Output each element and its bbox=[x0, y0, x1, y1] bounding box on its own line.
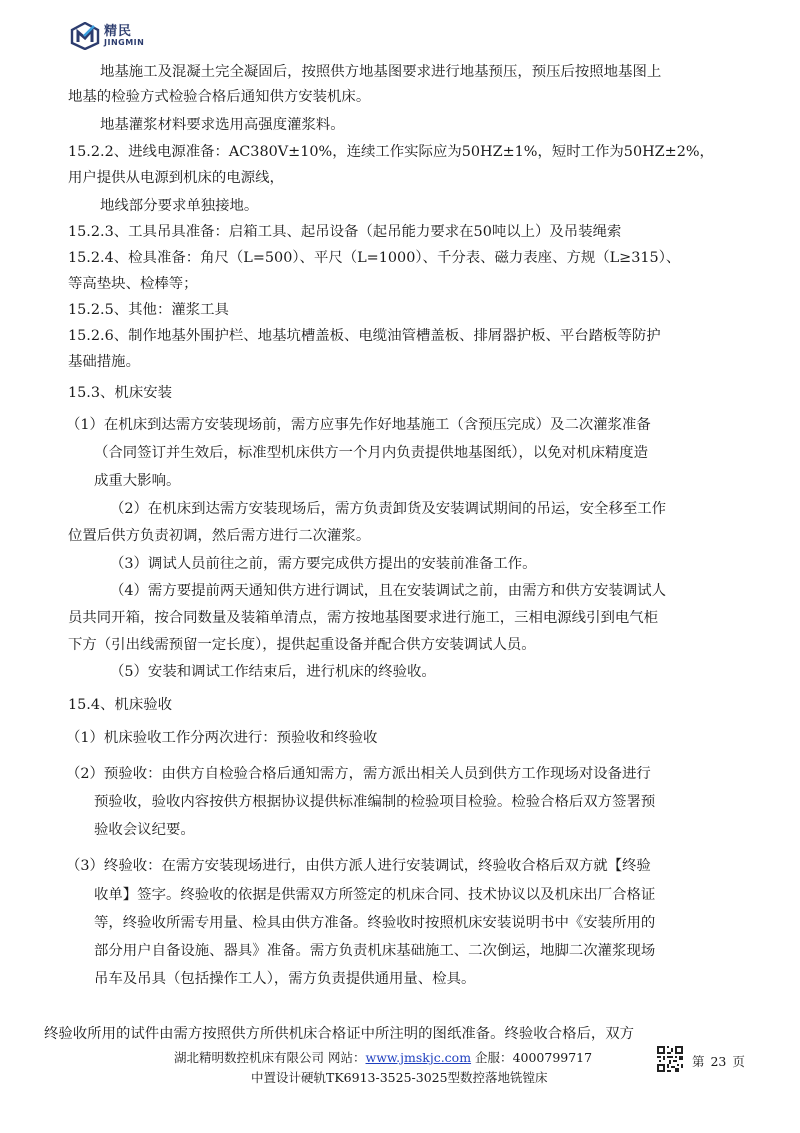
paragraph-line: 验收会议纪要。 bbox=[94, 818, 195, 839]
paragraph-line: 等，终验收所需专用量、检具由供方准备。终验收时按照机床安装说明书中《安装所用的 bbox=[94, 911, 655, 932]
section-15-2-5: 15.2.5、其他：灌浆工具 bbox=[68, 298, 229, 319]
paragraph-line: 终验收所用的试件由需方按照供方所供机床合格证中所注明的图纸准备。终验收合格后，双… bbox=[44, 1022, 634, 1043]
section-15-2-6: 15.2.6、制作地基外围护栏、地基坑槽盖板、电缆油管槽盖板、排屑器护板、平台踏… bbox=[68, 324, 661, 345]
company-logo: 精民 JINGMIN bbox=[70, 22, 144, 50]
logo-mark-icon bbox=[70, 22, 100, 50]
section-15-2-3: 15.2.3、工具吊具准备：启箱工具、起吊设备（起吊能力要求在50吨以上）及吊装… bbox=[68, 220, 621, 241]
paragraph-line: 位置后供方负责初调，然后需方进行二次灌浆。 bbox=[68, 524, 370, 545]
paragraph-line: 等高垫块、检棒等； bbox=[68, 272, 198, 293]
service-phone: 4000799717 bbox=[513, 1050, 593, 1065]
paragraph-line: 吊车及吊具（包括操作工人），需方负责提供通用量、检具。 bbox=[94, 967, 475, 988]
acceptance-item-3: （3）终验收：在需方安装现场进行，由供方派人进行安装调试，终验收合格后双方就【终… bbox=[66, 854, 651, 875]
logo-english-name: JINGMIN bbox=[104, 39, 144, 47]
install-item-1: （1）在机床到达需方安装现场前，需方应事先作好地基施工（含预压完成）及二次灌浆准… bbox=[66, 413, 651, 434]
page-number: 第 23 页 bbox=[692, 1052, 745, 1070]
paragraph-line: 成重大影响。 bbox=[94, 469, 180, 490]
paragraph-line: 用户提供从电源到机床的电源线， bbox=[68, 166, 284, 187]
paragraph-line: 预验收，验收内容按供方根据协议提供标准编制的检验项目检验。检验合格后双方签署预 bbox=[94, 790, 655, 811]
website-label: 网站： bbox=[328, 1050, 366, 1065]
website-link[interactable]: www.jmskjc.com bbox=[366, 1050, 472, 1065]
paragraph-line: 地基灌浆材料要求选用高强度灌浆料。 bbox=[100, 113, 345, 134]
paragraph-line: 地基施工及混凝土完全凝固后，按照供方地基图要求进行地基预压，预压后按照地基图上 bbox=[100, 60, 661, 81]
qr-code-icon bbox=[657, 1046, 683, 1072]
section-15-3-heading: 15.3、机床安装 bbox=[68, 381, 172, 402]
paragraph-line: 地线部分要求单独接地。 bbox=[100, 194, 258, 215]
product-name: 中置设计硬轨TK6913-3525-3025型数控落地铣镗床 bbox=[251, 1068, 548, 1086]
install-item-5: （5）安装和调试工作结束后，进行机床的终验收。 bbox=[110, 660, 436, 681]
install-item-2: （2）在机床到达需方安装现场后，需方负责卸货及安装调试期间的吊运，安全移至工作 bbox=[110, 497, 666, 518]
section-15-4-heading: 15.4、机床验收 bbox=[68, 693, 172, 714]
install-item-4: （4）需方要提前两天通知供方进行调试，且在安装调试之前，由需方和供方安装调试人 bbox=[110, 579, 666, 600]
paragraph-line: 基础措施。 bbox=[68, 350, 140, 371]
paragraph-line: （合同签订并生效后，标准型机床供方一个月内负责提供地基图纸），以免对机床精度造 bbox=[94, 441, 648, 462]
paragraph-line: 地基的检验方式检验合格后通知供方安装机床。 bbox=[68, 85, 370, 106]
footer-company-line: 湖北精明数控机床有限公司 网站：www.jmskjc.com 企服：400079… bbox=[174, 1048, 592, 1066]
paragraph-line: 部分用户自备设施、器具》准备。需方负责机床基础施工、二次倒运，地脚二次灌浆现场 bbox=[94, 939, 655, 960]
install-item-3: （3）调试人员前往之前，需方要完成供方提出的安装前准备工作。 bbox=[110, 552, 537, 573]
company-name: 湖北精明数控机床有限公司 bbox=[174, 1050, 324, 1065]
section-15-2-4: 15.2.4、检具准备：角尺（L=500）、平尺（L=1000）、千分表、磁力表… bbox=[68, 246, 680, 267]
acceptance-item-1: （1）机床验收工作分两次进行：预验收和终验收 bbox=[66, 726, 377, 747]
logo-chinese-name: 精民 bbox=[104, 25, 144, 38]
paragraph-line: 下方（引出线需预留一定长度），提供起重设备并配合供方安装调试人员。 bbox=[68, 633, 536, 654]
paragraph-line: 收单】签字。终验收的依据是供需双方所签定的机床合同、技术协议以及机床出厂合格证 bbox=[94, 883, 655, 904]
service-label: 企服： bbox=[475, 1050, 513, 1065]
section-15-2-2: 15.2.2、进线电源准备：AC380V±10%，连续工作实际应为50HZ±1%… bbox=[68, 140, 714, 161]
paragraph-line: 员共同开箱，按合同数量及装箱单清点，需方按地基图要求进行施工，三相电源线引到电气… bbox=[68, 606, 658, 627]
acceptance-item-2: （2）预验收：由供方自检验合格后通知需方，需方派出相关人员到供方工作现场对设备进… bbox=[66, 762, 651, 783]
